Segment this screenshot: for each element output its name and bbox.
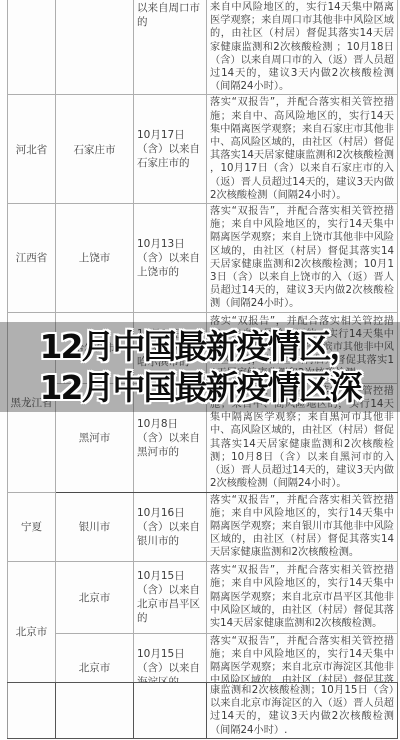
table-row: 北京市 北京市 10月15日（含）以来自北京市昌平区的 落实“双报告”，并配合落… xyxy=(8,561,398,633)
cell-date: 以来自周口市的 xyxy=(134,0,207,95)
cell-policy: 落实“双报告”，并配合落实相关管控措施；来自中、高风险地区的，实行14天集中隔离… xyxy=(207,95,398,204)
cell-policy: 康监测和2次核酸检测；10月15日（含）以来自北京市海淀区的入（返）晋人员超过1… xyxy=(207,683,398,739)
cell-policy: 来自中风险地区的，实行14天集中隔离医学观察；来自周口市其他非中风险区域的，由社… xyxy=(207,0,398,95)
cell-city: 上饶市 xyxy=(56,204,134,313)
overlay-title-line-1: 12月中国最新疫情区， xyxy=(40,326,361,367)
cell-city: 石家庄市 xyxy=(56,95,134,204)
cell-date: 10月15日（含）以来自北京市昌平区的 xyxy=(134,561,207,633)
overlay-title-line-2: 12月中国最新疫情区深 xyxy=(40,367,361,408)
table-row: 以来自周口市的 来自中风险地区的，实行14天集中隔离医学观察；来自周口市其他非中… xyxy=(8,0,398,95)
screenshot-root: 以来自周口市的 来自中风险地区的，实行14天集中隔离医学观察；来自周口市其他非中… xyxy=(0,0,400,740)
cell-date: 10月17日（含）以来自石家庄市的 xyxy=(134,95,207,204)
cell-province xyxy=(8,683,56,739)
policy-table-segment-2: 康监测和2次核酸检测；10月15日（含）以来自北京市海淀区的入（返）晋人员超过1… xyxy=(7,682,398,739)
cell-policy: 落实“双报告”，并配合落实相关管控措施；来自中风险地区的，实行14天集中隔离医学… xyxy=(207,561,398,633)
table-row: 宁夏 银川市 10月16日（含）以来自银川市的 落实“双报告”，并配合落实相关管… xyxy=(8,492,398,561)
cell-province: 河北省 xyxy=(8,95,56,204)
table-row: 康监测和2次核酸检测；10月15日（含）以来自北京市海淀区的入（返）晋人员超过1… xyxy=(8,683,398,739)
cell-province: 江西省 xyxy=(8,204,56,313)
table-row: 江西省 上饶市 10月13日（含）以来自上饶市的 落实“双报告”，并配合落实相关… xyxy=(8,204,398,313)
epidemic-policy-table-continued: 康监测和2次核酸检测；10月15日（含）以来自北京市海淀区的入（返）晋人员超过1… xyxy=(7,682,398,739)
cell-province: 宁夏 xyxy=(8,492,56,561)
cell-province xyxy=(8,0,56,95)
cell-city: 北京市 xyxy=(56,561,134,633)
cell-policy: 落实“双报告”，并配合落实相关管控措施；来自中风险地区的，实行14天集中隔离医学… xyxy=(207,204,398,313)
cell-city xyxy=(56,683,134,739)
table-row: 河北省 石家庄市 10月17日（含）以来自石家庄市的 落实“双报告”，并配合落实… xyxy=(8,95,398,204)
cell-policy: 落实“双报告”，并配合落实相关管控措施；来自中风险地区的，实行14天集中隔离医学… xyxy=(207,492,398,561)
cell-date xyxy=(134,683,207,739)
cell-date: 10月13日（含）以来自上饶市的 xyxy=(134,204,207,313)
cell-date: 10月16日（含）以来自银川市的 xyxy=(134,492,207,561)
cell-city: 银川市 xyxy=(56,492,134,561)
title-overlay-band: 12月中国最新疫情区， 12月中国最新疫情区深 xyxy=(0,322,400,412)
cell-city xyxy=(56,0,134,95)
